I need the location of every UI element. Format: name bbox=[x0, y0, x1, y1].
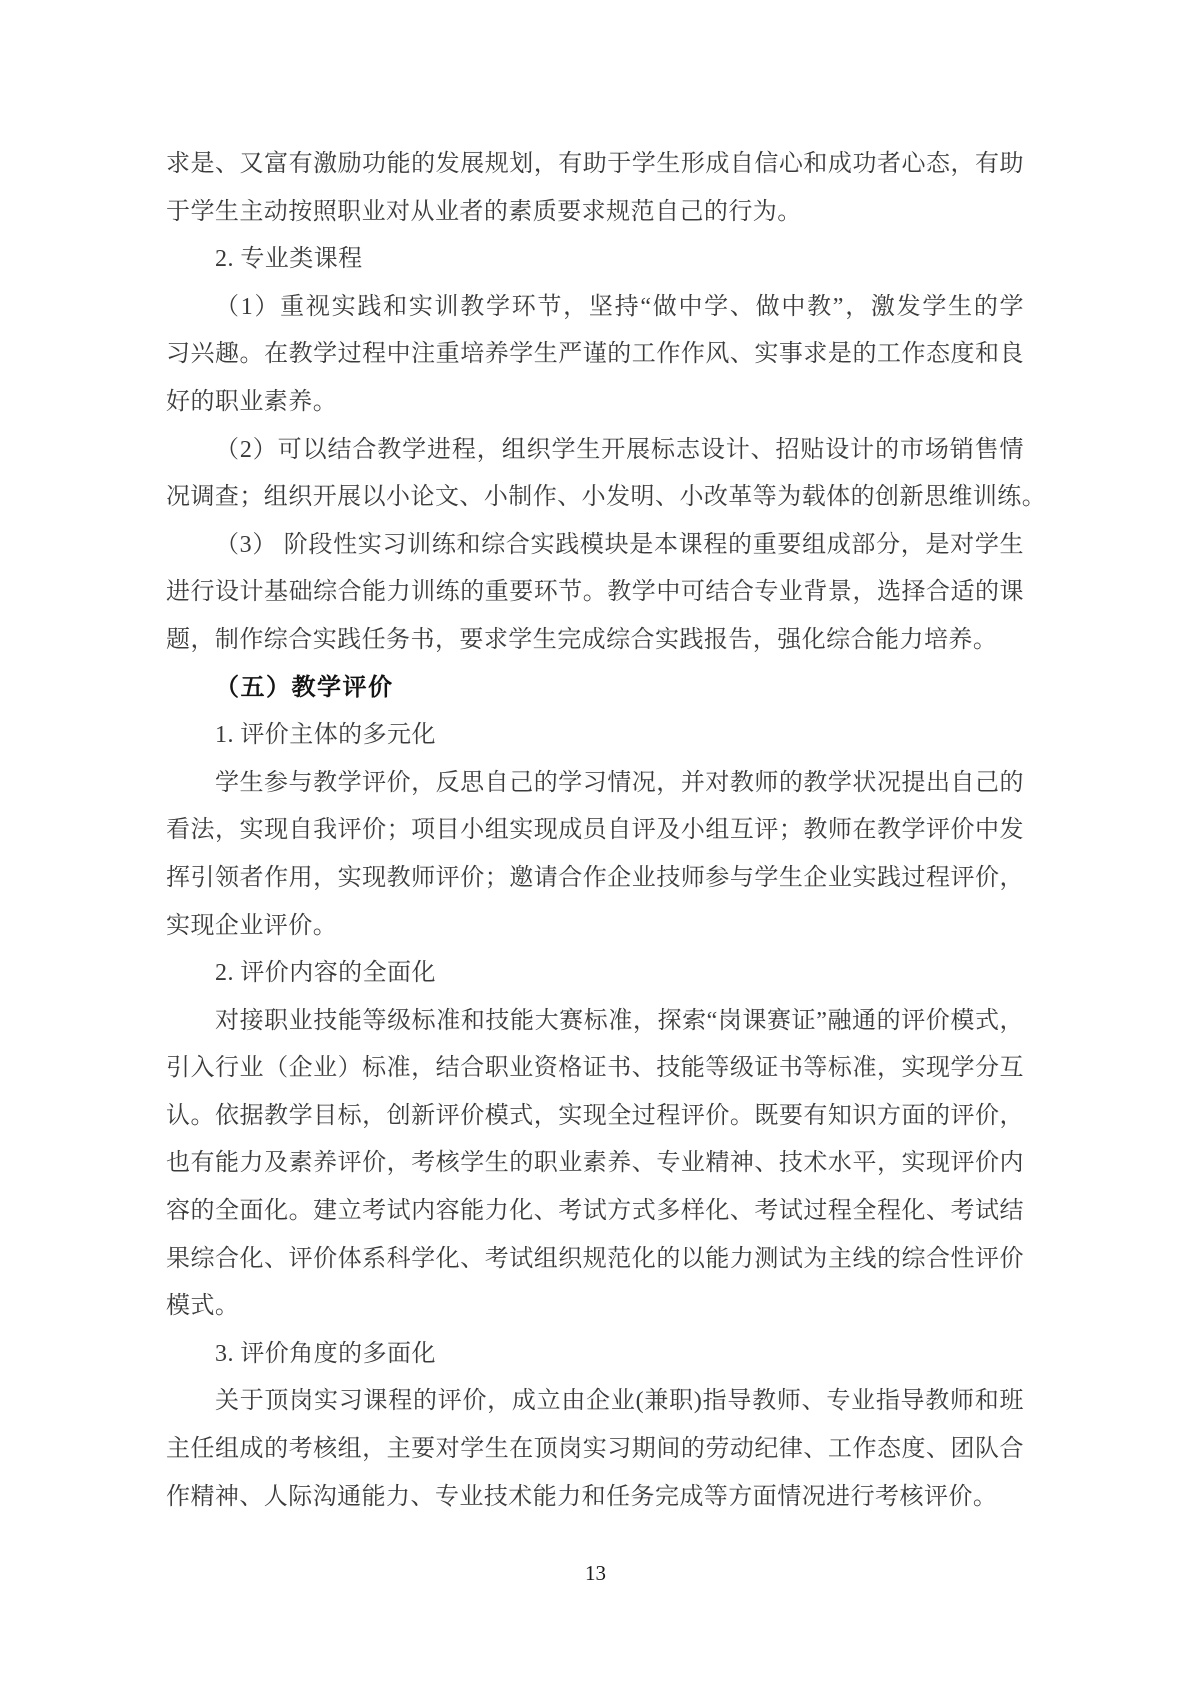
paragraph: （2）可以结合教学进程，组织学生开展标志设计、招贴设计的市场销售情况调查；组织开… bbox=[166, 427, 1024, 522]
text-line: （五）教学评价 bbox=[166, 665, 1024, 713]
text-line: （1）重视实践和实训教学环节，坚持“做中学、做中教”，激发学生的学 bbox=[166, 284, 1024, 332]
text-line: 也有能力及素养评价，考核学生的职业素养、专业精神、技术水平，实现评价内 bbox=[166, 1140, 1024, 1188]
text-line: 2. 专业类课程 bbox=[166, 236, 1024, 284]
text-line: 果综合化、评价体系科学化、考试组织规范化的以能力测试为主线的综合性评价 bbox=[166, 1236, 1024, 1284]
text-line: 看法，实现自我评价；项目小组实现成员自评及小组互评；教师在教学评价中发 bbox=[166, 807, 1024, 855]
paragraph: 对接职业技能等级标准和技能大赛标准，探索“岗课赛证”融通的评价模式，引入行业（企… bbox=[166, 998, 1024, 1331]
text-line: 学生参与教学评价，反思自己的学习情况，并对教师的教学状况提出自己的 bbox=[166, 760, 1024, 808]
text-line: 习兴趣。在教学过程中注重培养学生严谨的工作作风、实事求是的工作态度和良 bbox=[166, 331, 1024, 379]
text-line: 1. 评价主体的多元化 bbox=[166, 712, 1024, 760]
text-line: 进行设计基础综合能力训练的重要环节。教学中可结合专业背景，选择合适的课 bbox=[166, 569, 1024, 617]
text-line: 作精神、人际沟通能力、专业技术能力和任务完成等方面情况进行考核评价。 bbox=[166, 1474, 1024, 1522]
paragraph: （3） 阶段性实习训练和综合实践模块是本课程的重要组成部分，是对学生进行设计基础… bbox=[166, 522, 1024, 665]
text-line: 挥引领者作用，实现教师评价；邀请合作企业技师参与学生企业实践过程评价， bbox=[166, 855, 1024, 903]
text-line: 2. 评价内容的全面化 bbox=[166, 950, 1024, 998]
text-line: 实现企业评价。 bbox=[166, 903, 1024, 951]
text-line: 对接职业技能等级标准和技能大赛标准，探索“岗课赛证”融通的评价模式， bbox=[166, 998, 1024, 1046]
paragraph: 求是、又富有激励功能的发展规划，有助于学生形成自信心和成功者心态，有助于学生主动… bbox=[166, 141, 1024, 236]
text-line: 模式。 bbox=[166, 1283, 1024, 1331]
text-line: 关于顶岗实习课程的评价，成立由企业(兼职)指导教师、专业指导教师和班 bbox=[166, 1378, 1024, 1426]
paragraph: 3. 评价角度的多面化 bbox=[166, 1331, 1024, 1379]
paragraph: 2. 评价内容的全面化 bbox=[166, 950, 1024, 998]
page-number: 13 bbox=[585, 1561, 606, 1585]
section-heading: （五）教学评价 bbox=[166, 665, 1024, 713]
paragraph: 1. 评价主体的多元化 bbox=[166, 712, 1024, 760]
page-footer: 13 bbox=[0, 1559, 1191, 1587]
text-line: 求是、又富有激励功能的发展规划，有助于学生形成自信心和成功者心态，有助 bbox=[166, 141, 1024, 189]
text-line: 况调查；组织开展以小论文、小制作、小发明、小改革等为载体的创新思维训练。 bbox=[166, 474, 1024, 522]
text-line: 主任组成的考核组，主要对学生在顶岗实习期间的劳动纪律、工作态度、团队合 bbox=[166, 1426, 1024, 1474]
text-line: 容的全面化。建立考试内容能力化、考试方式多样化、考试过程全程化、考试结 bbox=[166, 1188, 1024, 1236]
text-line: 好的职业素养。 bbox=[166, 379, 1024, 427]
paragraph: 2. 专业类课程 bbox=[166, 236, 1024, 284]
document-page: 求是、又富有激励功能的发展规划，有助于学生形成自信心和成功者心态，有助于学生主动… bbox=[0, 0, 1191, 1684]
paragraph: 学生参与教学评价，反思自己的学习情况，并对教师的教学状况提出自己的看法，实现自我… bbox=[166, 760, 1024, 950]
text-line: （3） 阶段性实习训练和综合实践模块是本课程的重要组成部分，是对学生 bbox=[166, 522, 1024, 570]
text-line: 引入行业（企业）标准，结合职业资格证书、技能等级证书等标准，实现学分互 bbox=[166, 1045, 1024, 1093]
text-line: （2）可以结合教学进程，组织学生开展标志设计、招贴设计的市场销售情 bbox=[166, 427, 1024, 475]
text-line: 3. 评价角度的多面化 bbox=[166, 1331, 1024, 1379]
text-line: 于学生主动按照职业对从业者的素质要求规范自己的行为。 bbox=[166, 189, 1024, 237]
paragraph: 关于顶岗实习课程的评价，成立由企业(兼职)指导教师、专业指导教师和班主任组成的考… bbox=[166, 1378, 1024, 1521]
text-line: 题，制作综合实践任务书，要求学生完成综合实践报告，强化综合能力培养。 bbox=[166, 617, 1024, 665]
text-block: 求是、又富有激励功能的发展规划，有助于学生形成自信心和成功者心态，有助于学生主动… bbox=[166, 141, 1024, 1521]
paragraph: （1）重视实践和实训教学环节，坚持“做中学、做中教”，激发学生的学习兴趣。在教学… bbox=[166, 284, 1024, 427]
text-line: 认。依据教学目标，创新评价模式，实现全过程评价。既要有知识方面的评价， bbox=[166, 1093, 1024, 1141]
